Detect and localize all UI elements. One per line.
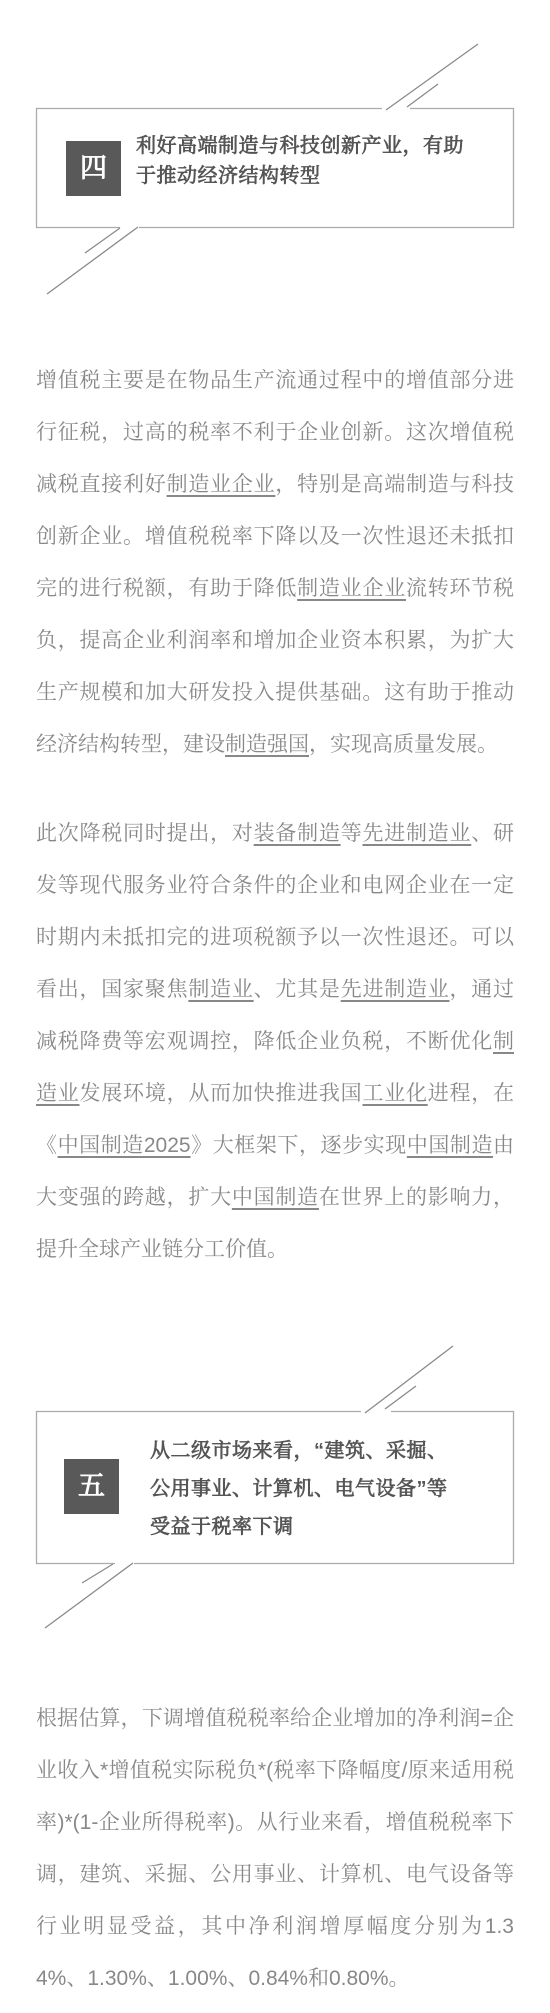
keyword-link[interactable]: 制造强国 [225, 733, 309, 756]
keyword-link[interactable]: 制造业企业 [167, 473, 276, 496]
body-text: 等 [341, 822, 363, 845]
keyword-link[interactable]: 先进制造业 [341, 978, 450, 1001]
section-5-title: 从二级市场来看，“建筑、采掘、公用事业、计算机、电气设备”等受益于税率下调 [150, 1432, 466, 1546]
paragraph-advanced-manufacturing-refund: 此次降税同时提出，对装备制造等先进制造业、研发等现代服务业符合条件的企业和电网企… [36, 808, 514, 1276]
keyword-link[interactable]: 工业化 [362, 1082, 427, 1105]
body-text: 发展环境，从而加快推进我国 [80, 1082, 363, 1105]
body-text: 根据估算，下调增值税税率给企业增加的净利润=企业收入*增值税实际税负*(税率下降… [36, 1707, 514, 1990]
keyword-link[interactable]: 先进制造业 [362, 822, 471, 845]
keyword-link[interactable]: 制造业 [188, 978, 253, 1001]
keyword-link[interactable]: 装备制造 [254, 822, 341, 845]
section-4-number-badge: 四 [66, 141, 121, 196]
section-4-title: 利好高端制造与科技创新产业，有助于推动经济结构转型 [136, 131, 470, 191]
body-text: 》大框架下，逐步实现 [191, 1134, 407, 1157]
body-text: 、研发等现代服务业符合条件的企业和电网企业在一定时期内未抵扣完的进项税额予以一次… [36, 822, 514, 1001]
article-page: 四 利好高端制造与科技创新产业，有助于推动经济结构转型 增值税主要是在物品生产流… [0, 0, 550, 2013]
section-5-number-badge: 五 [64, 1459, 119, 1514]
body-text: 流转环节税负，提高企业利润率和增加企业资本积累，为扩大生产规模和加大研发投入提供… [36, 577, 514, 756]
keyword-link[interactable]: 中国制造 [407, 1134, 493, 1157]
body-text: 、尤其是 [254, 978, 341, 1001]
keyword-link[interactable]: 中国制造 [232, 1186, 319, 1209]
paragraph-vat-manufacturing-benefit: 增值税主要是在物品生产流通过程中的增值部分进行征税，过高的税率不利于企业创新。这… [36, 355, 514, 771]
paragraph-industry-profit-estimates: 根据估算，下调增值税税率给企业增加的净利润=企业收入*增值税实际税负*(税率下降… [36, 1693, 514, 2005]
body-text: ，实现高质量发展。 [309, 733, 498, 756]
keyword-link[interactable]: 制造业企业 [297, 577, 406, 600]
body-text: 此次降税同时提出，对 [36, 822, 254, 845]
keyword-link[interactable]: 中国制造2025 [58, 1134, 191, 1157]
